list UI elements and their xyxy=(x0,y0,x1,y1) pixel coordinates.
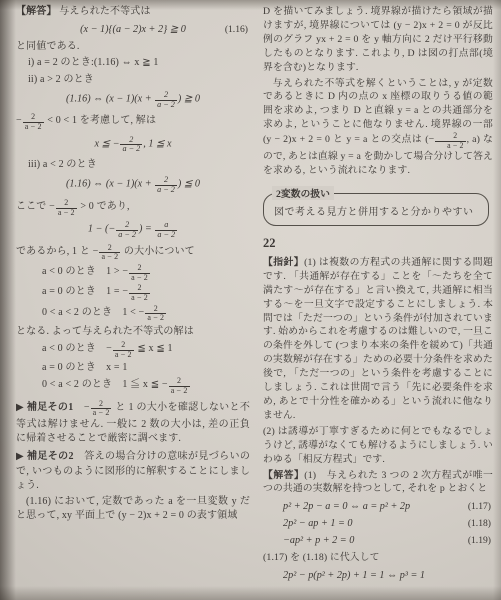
answer-label: 【解答】 xyxy=(16,6,57,17)
case-ii-heading: ii) a > 2 のとき xyxy=(16,73,250,87)
equation-1-16-tag: (1.16) xyxy=(225,24,248,35)
supplement-2-label: ▶ 補足その2 xyxy=(16,451,74,462)
case-iii-equation: (1.16) ⇔ (x − 1)(x + 2a − 2) ≦ 0 xyxy=(16,176,250,195)
supplement-1: ▶ 補足その1 −2a − 2 と 1 の大小を確認しないと不等式は解けません.… xyxy=(16,400,250,447)
answer-intro: 【解答】 与えられた不等式は xyxy=(16,5,250,19)
policy-paragraph-2: (2) は誘導が丁寧すぎるために何とでもなるでしょうけど, 誘導がなくても解ける… xyxy=(263,425,493,467)
page-columns: 【解答】 与えられた不等式は (x − 1){(a − 2)x + 2} ≧ 0… xyxy=(0,0,501,591)
region-paragraph: (1.16) において, 定数であった a を一旦変数 y だと思って, xy … xyxy=(16,495,250,523)
equation-1-19-tag: (1.19) xyxy=(468,535,491,546)
line-intersection-paragraph: 与えられた不等式を解くということは, y が定数であるときに D 内の点の x … xyxy=(263,77,493,178)
case-i-line: i) a = 2 のとき:(1.16) ⇔ x ≧ 1 xyxy=(16,56,250,70)
solution-case-mid: 0 < a < 2 のとき 1 ≦ x ≦ −2a − 2 xyxy=(16,377,250,395)
right-column: D を描いてみましょう. 境界線が描けたら領域が描けますが, 境界線については … xyxy=(263,3,493,585)
answer-2-label: 【解答】 xyxy=(263,470,304,481)
equivalence-note: と同値である. xyxy=(16,40,250,54)
case-iii-equation-body: (1.16) ⇔ (x − 1)(x + 2a − 2) ≦ 0 xyxy=(66,176,200,195)
equation-1-17-tag: (1.17) xyxy=(468,501,491,512)
supplement-1-label: ▶ 補足その1 xyxy=(16,402,73,413)
case-ii-equation-body: (1.16) ⇔ (x − 1)(x + 2a − 2) ≧ 0 xyxy=(66,91,200,110)
comparison-case-zero: a = 0 のとき 1 = −2a − 2 xyxy=(16,284,250,302)
equation-1-19-body: −ap² + p + 2 = 0 xyxy=(283,535,354,546)
substitution-note: (1.17) を (1.18) に代入して xyxy=(263,551,493,565)
answer-2-paragraph: 【解答】(1) 与えられた 3 つの 2 次方程式が唯一つの共通の実数解を持つと… xyxy=(263,469,493,497)
case-ii-solution-body: x ≦ −2a − 2, 1 ≦ x xyxy=(94,136,171,155)
policy-text: (1) は複数の方程式の共通解に関する問題です. 「共通解が存在する」ことを「〜… xyxy=(263,257,493,421)
callout-text: 図で考える見方と併用すると分かりやすい xyxy=(274,203,482,218)
final-equation-body: 2p² − p(p² + 2p) + 1 = 1 ⇔ p³ = 1 xyxy=(283,570,425,581)
callout-title: 2変数の扱い xyxy=(272,186,334,200)
solution-case-zero: a = 0 のとき x = 1 xyxy=(16,361,250,375)
problem-number: 22 xyxy=(263,236,493,251)
equation-1-18-body: 2p² − ap + 1 = 0 xyxy=(283,518,353,529)
equation-1-17: p² + 2p − a = 0 ⇔ a = p² + 2p (1.17) xyxy=(263,500,493,513)
case-ii-consideration: −2a − 2 < 0 < 1 を考慮して, 解は xyxy=(16,113,250,131)
difference-identity: 1 − (−2a − 2) = aa − 2 xyxy=(16,221,250,240)
solution-case-neg: a < 0 のとき −2a − 2 ≦ x ≦ 1 xyxy=(16,341,250,359)
case-ii-equation: (1.16) ⇔ (x − 1)(x + 2a − 2) ≧ 0 xyxy=(16,91,250,110)
policy-paragraph: 【指針】(1) は複数の方程式の共通解に関する問題です. 「共通解が存在する」こ… xyxy=(263,256,493,423)
case-ii-solution: x ≦ −2a − 2, 1 ≦ x xyxy=(16,136,250,155)
comparison-case-neg: a < 0 のとき 1 > −2a − 2 xyxy=(16,264,250,282)
equation-1-16-body: (x − 1){(a − 2)x + 2} ≧ 0 xyxy=(80,24,186,35)
left-column: 【解答】 与えられた不等式は (x − 1){(a − 2)x + 2} ≧ 0… xyxy=(16,3,250,585)
answer-intro-text: 与えられた不等式は xyxy=(57,6,151,17)
callout-box: 2変数の扱い 図で考える見方と併用すると分かりやすい xyxy=(263,193,489,226)
comparison-intro: であるから, 1 と −2a − 2 の大小について xyxy=(16,244,250,262)
supplement-2: ▶ 補足その2 答えの場合分けの意味が見づらいので, いつものように図形的に解釈… xyxy=(16,450,250,493)
region-description: D を描いてみましょう. 境界線が描けたら領域が描けますが, 境界線については … xyxy=(263,5,493,75)
policy-label: 【指針】 xyxy=(263,257,304,268)
equation-1-18-tag: (1.18) xyxy=(468,518,491,529)
case-iii-heading: iii) a < 2 のとき xyxy=(16,158,250,172)
equation-1-16: (x − 1){(a − 2)x + 2} ≧ 0 (1.16) xyxy=(16,23,250,36)
comparison-case-mid: 0 < a < 2 のとき 1 < −2a − 2 xyxy=(16,305,250,323)
case-iii-note: ここで −2a − 2 > 0 であり, xyxy=(16,199,250,217)
book-page-photo: 【解答】 与えられた不等式は (x − 1){(a − 2)x + 2} ≧ 0… xyxy=(0,0,501,600)
equation-1-17-body: p² + 2p − a = 0 ⇔ a = p² + 2p xyxy=(283,501,410,512)
final-equation: 2p² − p(p² + 2p) + 1 = 1 ⇔ p³ = 1 xyxy=(263,569,493,582)
difference-identity-body: 1 − (−2a − 2) = aa − 2 xyxy=(88,221,178,240)
solution-intro: となる. よって与えられた不等式の解は xyxy=(16,325,250,339)
equation-1-19: −ap² + p + 2 = 0 (1.19) xyxy=(263,534,493,547)
equation-1-18: 2p² − ap + 1 = 0 (1.18) xyxy=(263,517,493,530)
